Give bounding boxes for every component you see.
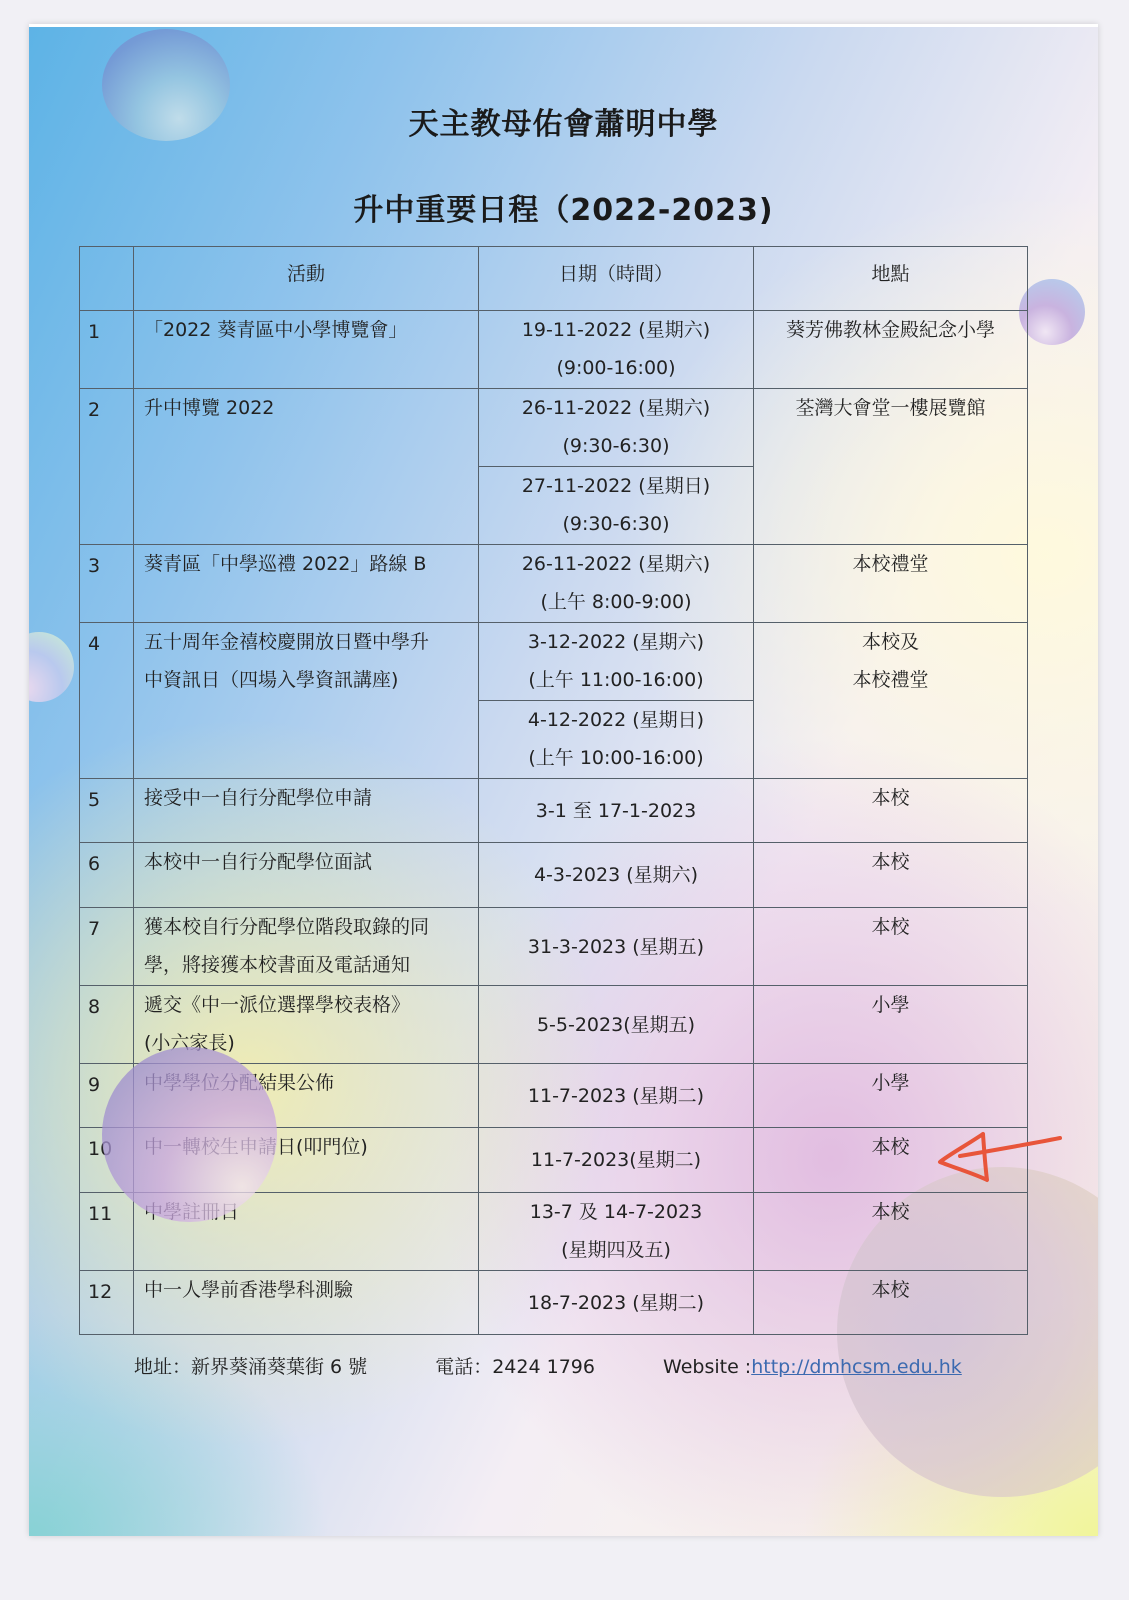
row-date: 3-12-2022 (星期六)(上午 11:00-16:00): [479, 623, 754, 701]
decorative-bubble: [29, 632, 74, 702]
table-row: 8 遞交《中一派位選擇學校表格》(小六家長) 5-5-2023(星期五) 小學: [80, 986, 1028, 1064]
row-location: 本校: [754, 1193, 1028, 1271]
row-number: 6: [80, 843, 134, 908]
row-activity: 本校中一自行分配學位面試: [134, 843, 479, 908]
table-row: 5 接受中一自行分配學位申請 3-1 至 17-1-2023 本校: [80, 779, 1028, 843]
row-date: 19-11-2022 (星期六)(9:00-16:00): [479, 311, 754, 389]
hand-drawn-arrow-icon: [935, 1128, 1065, 1188]
row-activity: 「2022 葵青區中小學博覽會」: [134, 311, 479, 389]
row-date: 11-7-2023 (星期二): [479, 1064, 754, 1128]
row-date: 4-12-2022 (星期日)(上午 10:00-16:00): [479, 701, 754, 779]
row-location: 小學: [754, 986, 1028, 1064]
row-date: 4-3-2023 (星期六): [479, 843, 754, 908]
table-row: 7 獲本校自行分配學位階段取錄的同學，將接獲本校書面及電話通知 31-3-202…: [80, 908, 1028, 986]
row-date: 3-1 至 17-1-2023: [479, 779, 754, 843]
contact-footer: 地址：新界葵涌葵葉街 6 號 電話：2424 1796 Website : ht…: [134, 1352, 962, 1379]
row-location: 本校: [754, 843, 1028, 908]
row-activity: 中一人學前香港學科測驗: [134, 1271, 479, 1335]
table-row: 1 「2022 葵青區中小學博覽會」 19-11-2022 (星期六)(9:00…: [80, 311, 1028, 389]
row-location: 荃灣大會堂一樓展覽館: [754, 389, 1028, 545]
address-text: 地址：新界葵涌葵葉街 6 號: [134, 1352, 367, 1379]
row-location: 本校及本校禮堂: [754, 623, 1028, 779]
header-date: 日期（時間）: [479, 247, 754, 311]
row-activity: 升中博覽 2022: [134, 389, 479, 545]
school-name-title: 天主教母佑會蕭明中學: [29, 99, 1098, 143]
row-date: 13-7 及 14-7-2023(星期四及五): [479, 1193, 754, 1271]
row-number: 8: [80, 986, 134, 1064]
table-row: 6 本校中一自行分配學位面試 4-3-2023 (星期六) 本校: [80, 843, 1028, 908]
row-date: 26-11-2022 (星期六)(上午 8:00-9:00): [479, 545, 754, 623]
document-page: 天主教母佑會蕭明中學 升中重要日程（2022-2023) 活動 日期（時間） 地…: [29, 24, 1098, 1536]
table-row: 12 中一人學前香港學科測驗 18-7-2023 (星期二) 本校: [80, 1271, 1028, 1335]
row-location: 葵芳佛教林金殿紀念小學: [754, 311, 1028, 389]
table-row: 2 升中博覽 2022 26-11-2022 (星期六)(9:30-6:30) …: [80, 389, 1028, 467]
row-location: 本校: [754, 779, 1028, 843]
schedule-subtitle: 升中重要日程（2022-2023): [29, 185, 1098, 229]
row-number: 2: [80, 389, 134, 545]
row-number: 4: [80, 623, 134, 779]
row-date: 18-7-2023 (星期二): [479, 1271, 754, 1335]
decorative-bubble: [1019, 279, 1085, 345]
row-activity: 接受中一自行分配學位申請: [134, 779, 479, 843]
website-label: Website :: [663, 1356, 751, 1378]
row-date: 26-11-2022 (星期六)(9:30-6:30): [479, 389, 754, 467]
row-date: 31-3-2023 (星期五): [479, 908, 754, 986]
row-activity: 五十周年金禧校慶開放日暨中學升中資訊日（四場入學資訊講座): [134, 623, 479, 779]
header-location: 地點: [754, 247, 1028, 311]
table-header-row: 活動 日期（時間） 地點: [80, 247, 1028, 311]
row-number: 5: [80, 779, 134, 843]
row-date: 5-5-2023(星期五): [479, 986, 754, 1064]
row-location: 小學: [754, 1064, 1028, 1128]
row-number: 1: [80, 311, 134, 389]
row-number: 3: [80, 545, 134, 623]
row-number: 12: [80, 1271, 134, 1335]
decorative-bubble: [102, 1047, 277, 1222]
row-number: 7: [80, 908, 134, 986]
row-number: 11: [80, 1193, 134, 1271]
table-row: 3 葵青區「中學巡禮 2022」路線 B 26-11-2022 (星期六)(上午…: [80, 545, 1028, 623]
row-date: 27-11-2022 (星期日)(9:30-6:30): [479, 467, 754, 545]
row-date: 11-7-2023(星期二): [479, 1128, 754, 1193]
table-row: 4 五十周年金禧校慶開放日暨中學升中資訊日（四場入學資訊講座) 3-12-202…: [80, 623, 1028, 701]
header-activity: 活動: [134, 247, 479, 311]
header-number: [80, 247, 134, 311]
row-location: 本校: [754, 1271, 1028, 1335]
row-location: 本校: [754, 908, 1028, 986]
phone-text: 電話：2424 1796: [435, 1352, 595, 1379]
row-activity: 葵青區「中學巡禮 2022」路線 B: [134, 545, 479, 623]
website-link[interactable]: http://dmhcsm.edu.hk: [751, 1356, 962, 1378]
row-activity: 獲本校自行分配學位階段取錄的同學，將接獲本校書面及電話通知: [134, 908, 479, 986]
row-location: 本校禮堂: [754, 545, 1028, 623]
